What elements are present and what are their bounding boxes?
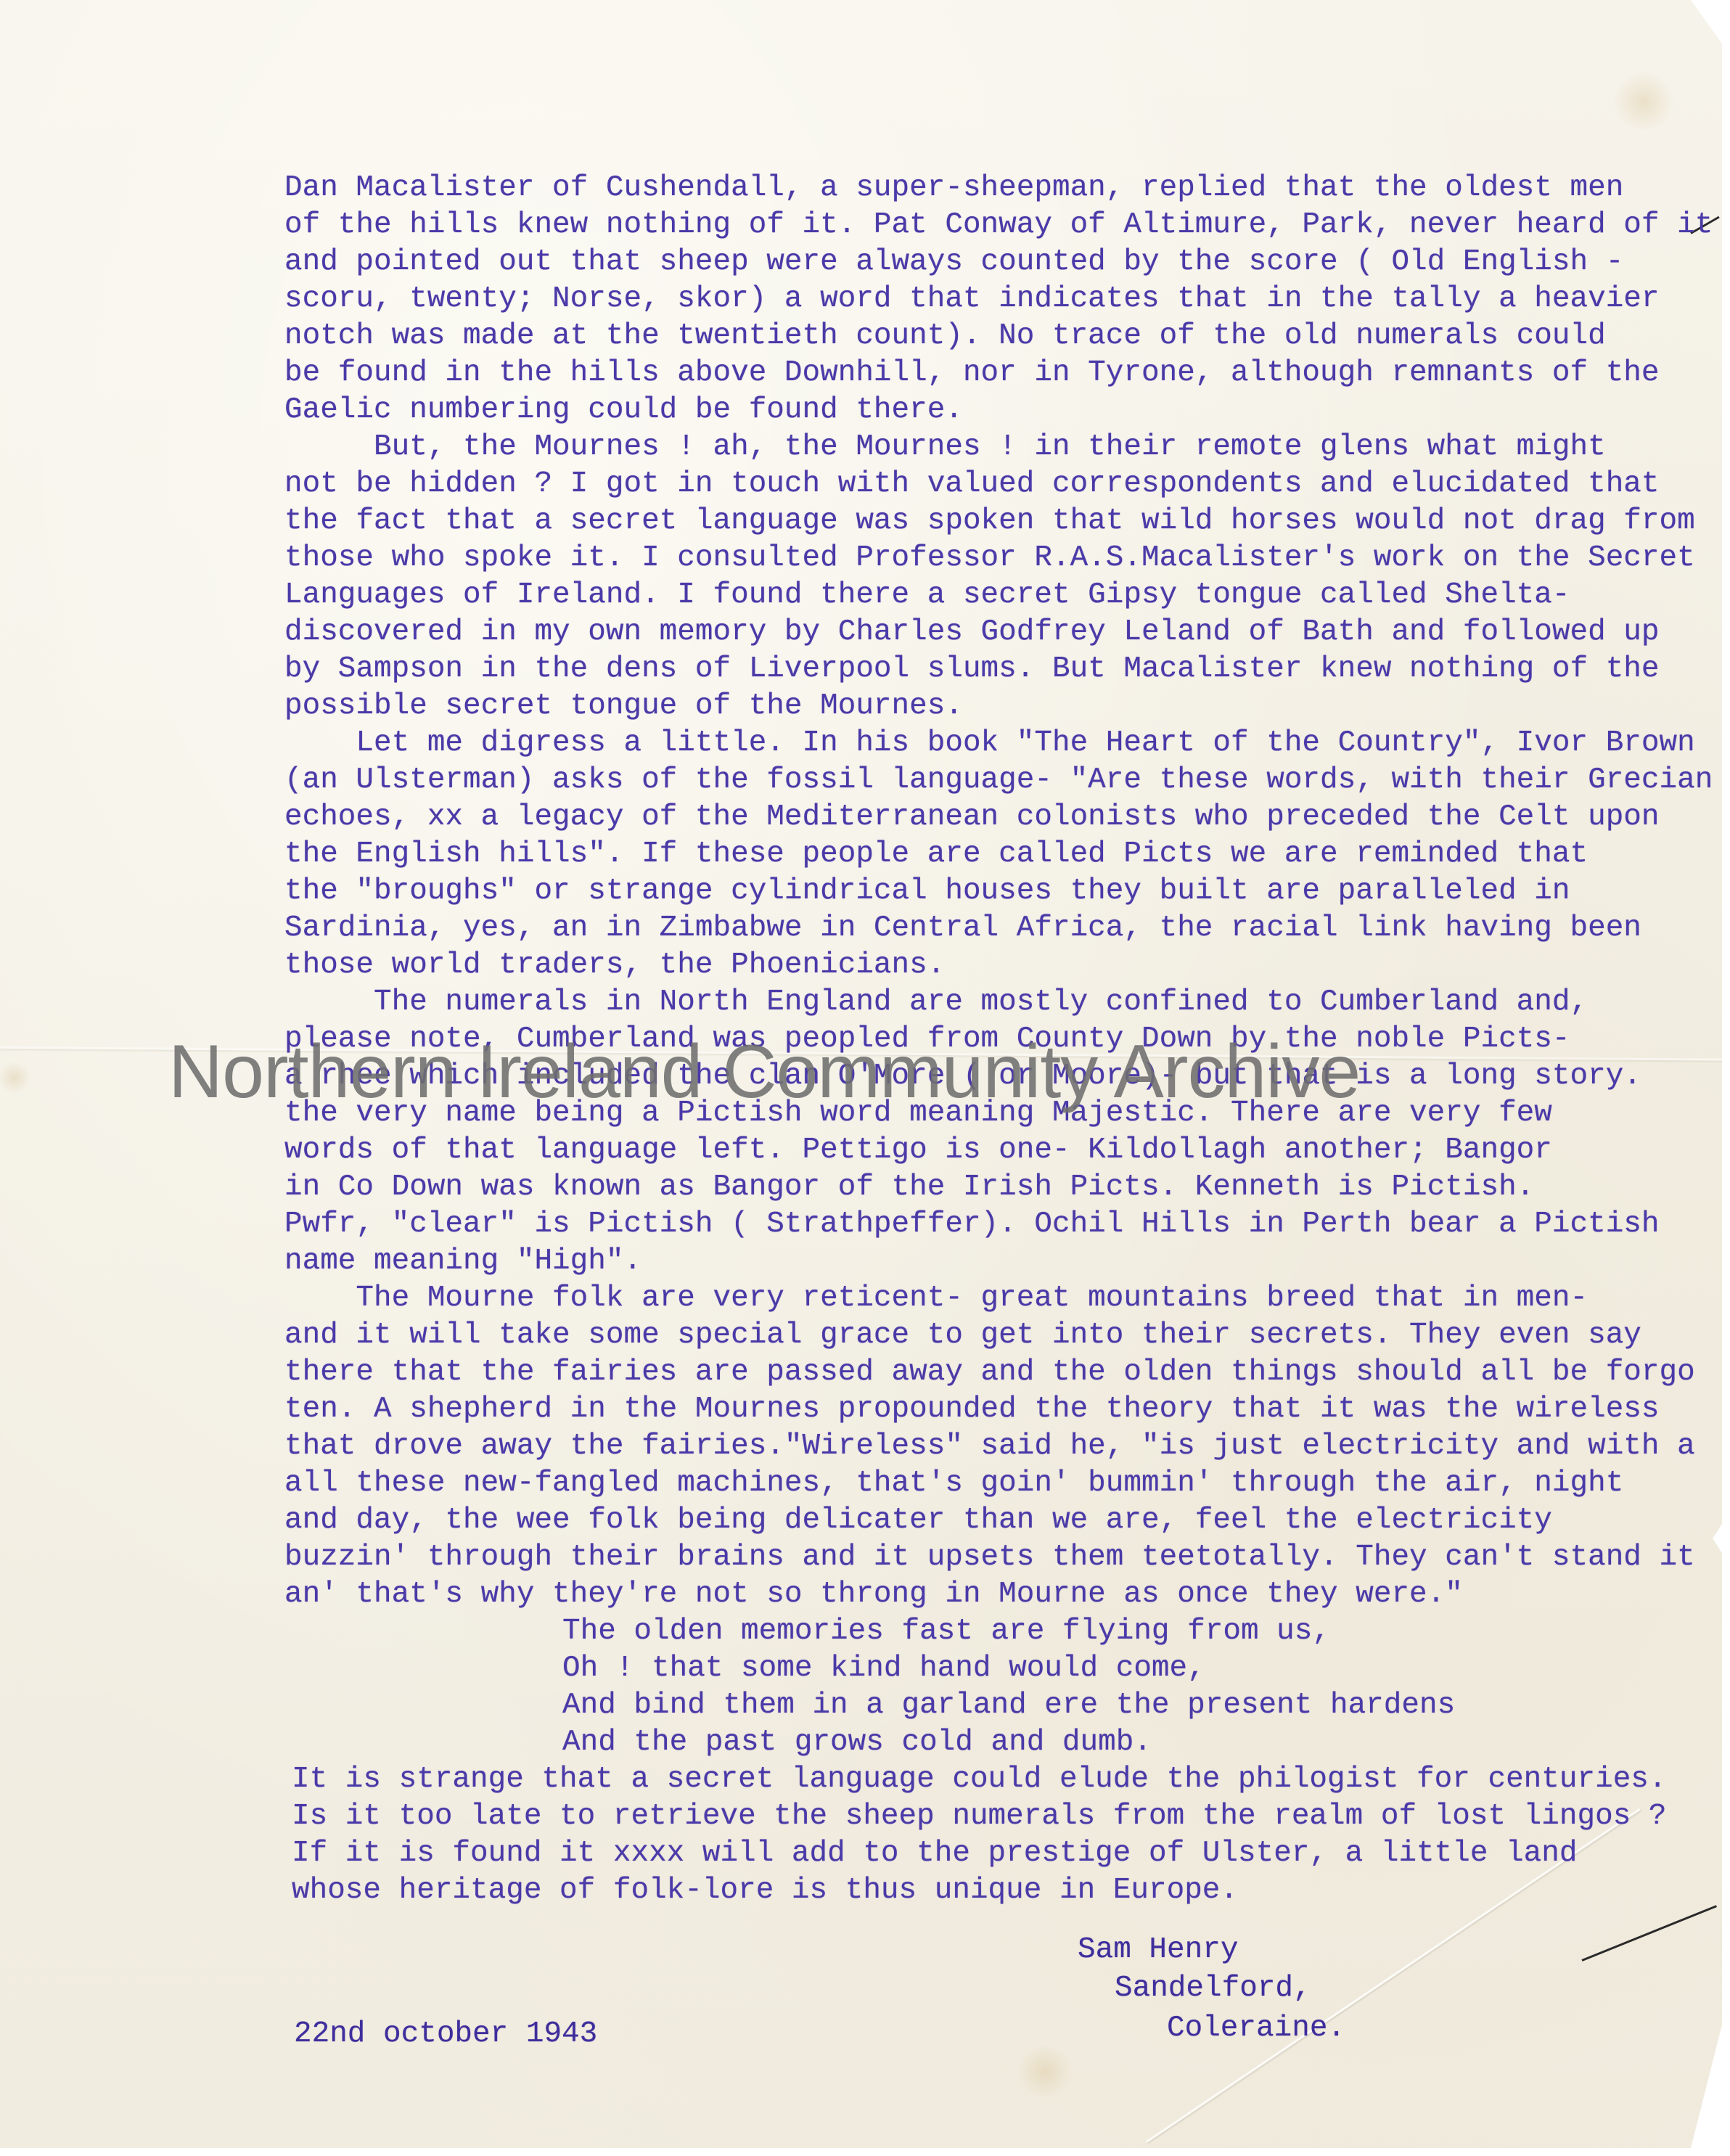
- body-text-line: and day, the wee folk being delicater th…: [284, 1502, 1552, 1539]
- body-text-line: and it will take some special grace to g…: [284, 1317, 1641, 1354]
- body-text-line: an' that's why they're not so throng in …: [284, 1576, 1463, 1613]
- signature-address-line1: Sandelford,: [1115, 1970, 1311, 2007]
- body-text-line: Let me digress a little. In his book "Th…: [284, 725, 1695, 762]
- body-text-line: words of that language left. Pettigo is …: [284, 1132, 1552, 1169]
- poem-line: And the past grows cold and dumb.: [562, 1724, 1152, 1761]
- body-text-line: the "broughs" or strange cylindrical hou…: [284, 873, 1570, 910]
- poem-line: And bind them in a garland ere the prese…: [562, 1687, 1455, 1724]
- body-text-line: those world traders, the Phoenicians.: [284, 947, 945, 984]
- body-text-line: Gaelic numbering could be found there.: [284, 392, 963, 429]
- closing-text-line: whose heritage of folk-lore is thus uniq…: [292, 1872, 1238, 1909]
- body-text-line: in Co Down was known as Bangor of the Ir…: [284, 1169, 1534, 1206]
- closing-text-line: Is it too late to retrieve the sheep num…: [292, 1798, 1667, 1835]
- body-text-line: buzzin' through their brains and it upse…: [284, 1539, 1695, 1576]
- archive-watermark: Northern Ireland Community Archive: [168, 1032, 1360, 1112]
- body-text-line: possible secret tongue of the Mournes.: [284, 688, 963, 725]
- body-text-line: of the hills knew nothing of it. Pat Con…: [284, 207, 1713, 244]
- body-text-line: (an Ulsterman) asks of the fossil langua…: [284, 762, 1713, 799]
- body-text-line: The Mourne folk are very reticent- great…: [284, 1280, 1588, 1317]
- poem-line: Oh ! that some kind hand would come,: [562, 1650, 1205, 1687]
- paper-stain: [0, 1059, 29, 1096]
- body-text-line: the English hills". If these people are …: [284, 836, 1588, 873]
- letter-date: 22nd october 1943: [294, 2016, 597, 2053]
- poem-line: The olden memories fast are flying from …: [562, 1613, 1330, 1650]
- body-text-line: be found in the hills above Downhill, no…: [284, 355, 1660, 392]
- body-text-line: scoru, twenty; Norse, skor) a word that …: [284, 281, 1660, 318]
- paper-stain: [1016, 2046, 1074, 2097]
- body-text-line: Sardinia, yes, an in Zimbabwe in Central…: [284, 910, 1641, 947]
- signature-address-line2: Coleraine.: [1167, 2010, 1345, 2047]
- body-text-line: Languages of Ireland. I found there a se…: [284, 577, 1570, 614]
- body-text-line: notch was made at the twentieth count). …: [284, 318, 1606, 355]
- body-text-line: The numerals in North England are mostly…: [284, 984, 1588, 1021]
- body-text-line: by Sampson in the dens of Liverpool slum…: [284, 651, 1660, 688]
- body-text-line: Dan Macalister of Cushendall, a super-sh…: [284, 170, 1623, 207]
- body-text-line: echoes, xx a legacy of the Mediterranean…: [284, 799, 1660, 836]
- body-text-line: But, the Mournes ! ah, the Mournes ! in …: [284, 429, 1606, 466]
- paper-stain: [1611, 73, 1676, 131]
- body-text-line: ten. A shepherd in the Mournes propounde…: [284, 1391, 1660, 1428]
- body-text-line: there that the fairies are passed away a…: [284, 1354, 1695, 1391]
- body-text-line: discovered in my own memory by Charles G…: [284, 614, 1660, 651]
- closing-text-line: It is strange that a secret language cou…: [292, 1761, 1667, 1798]
- body-text-line: that drove away the fairies."Wireless" s…: [284, 1428, 1695, 1465]
- body-text-line: and pointed out that sheep were always c…: [284, 244, 1623, 281]
- body-text-line: all these new-fangled machines, that's g…: [284, 1465, 1623, 1502]
- signature-name: Sam Henry: [1078, 1932, 1238, 1969]
- closing-text-line: If it is found it xxxx will add to the p…: [292, 1835, 1578, 1872]
- body-text-line: those who spoke it. I consulted Professo…: [284, 540, 1695, 577]
- body-text-line: not be hidden ? I got in touch with valu…: [284, 466, 1660, 503]
- body-text-line: name meaning "High".: [284, 1243, 641, 1280]
- body-text-line: the fact that a secret language was spok…: [284, 503, 1695, 540]
- body-text-line: Pwfr, "clear" is Pictish ( Strathpeffer)…: [284, 1206, 1660, 1243]
